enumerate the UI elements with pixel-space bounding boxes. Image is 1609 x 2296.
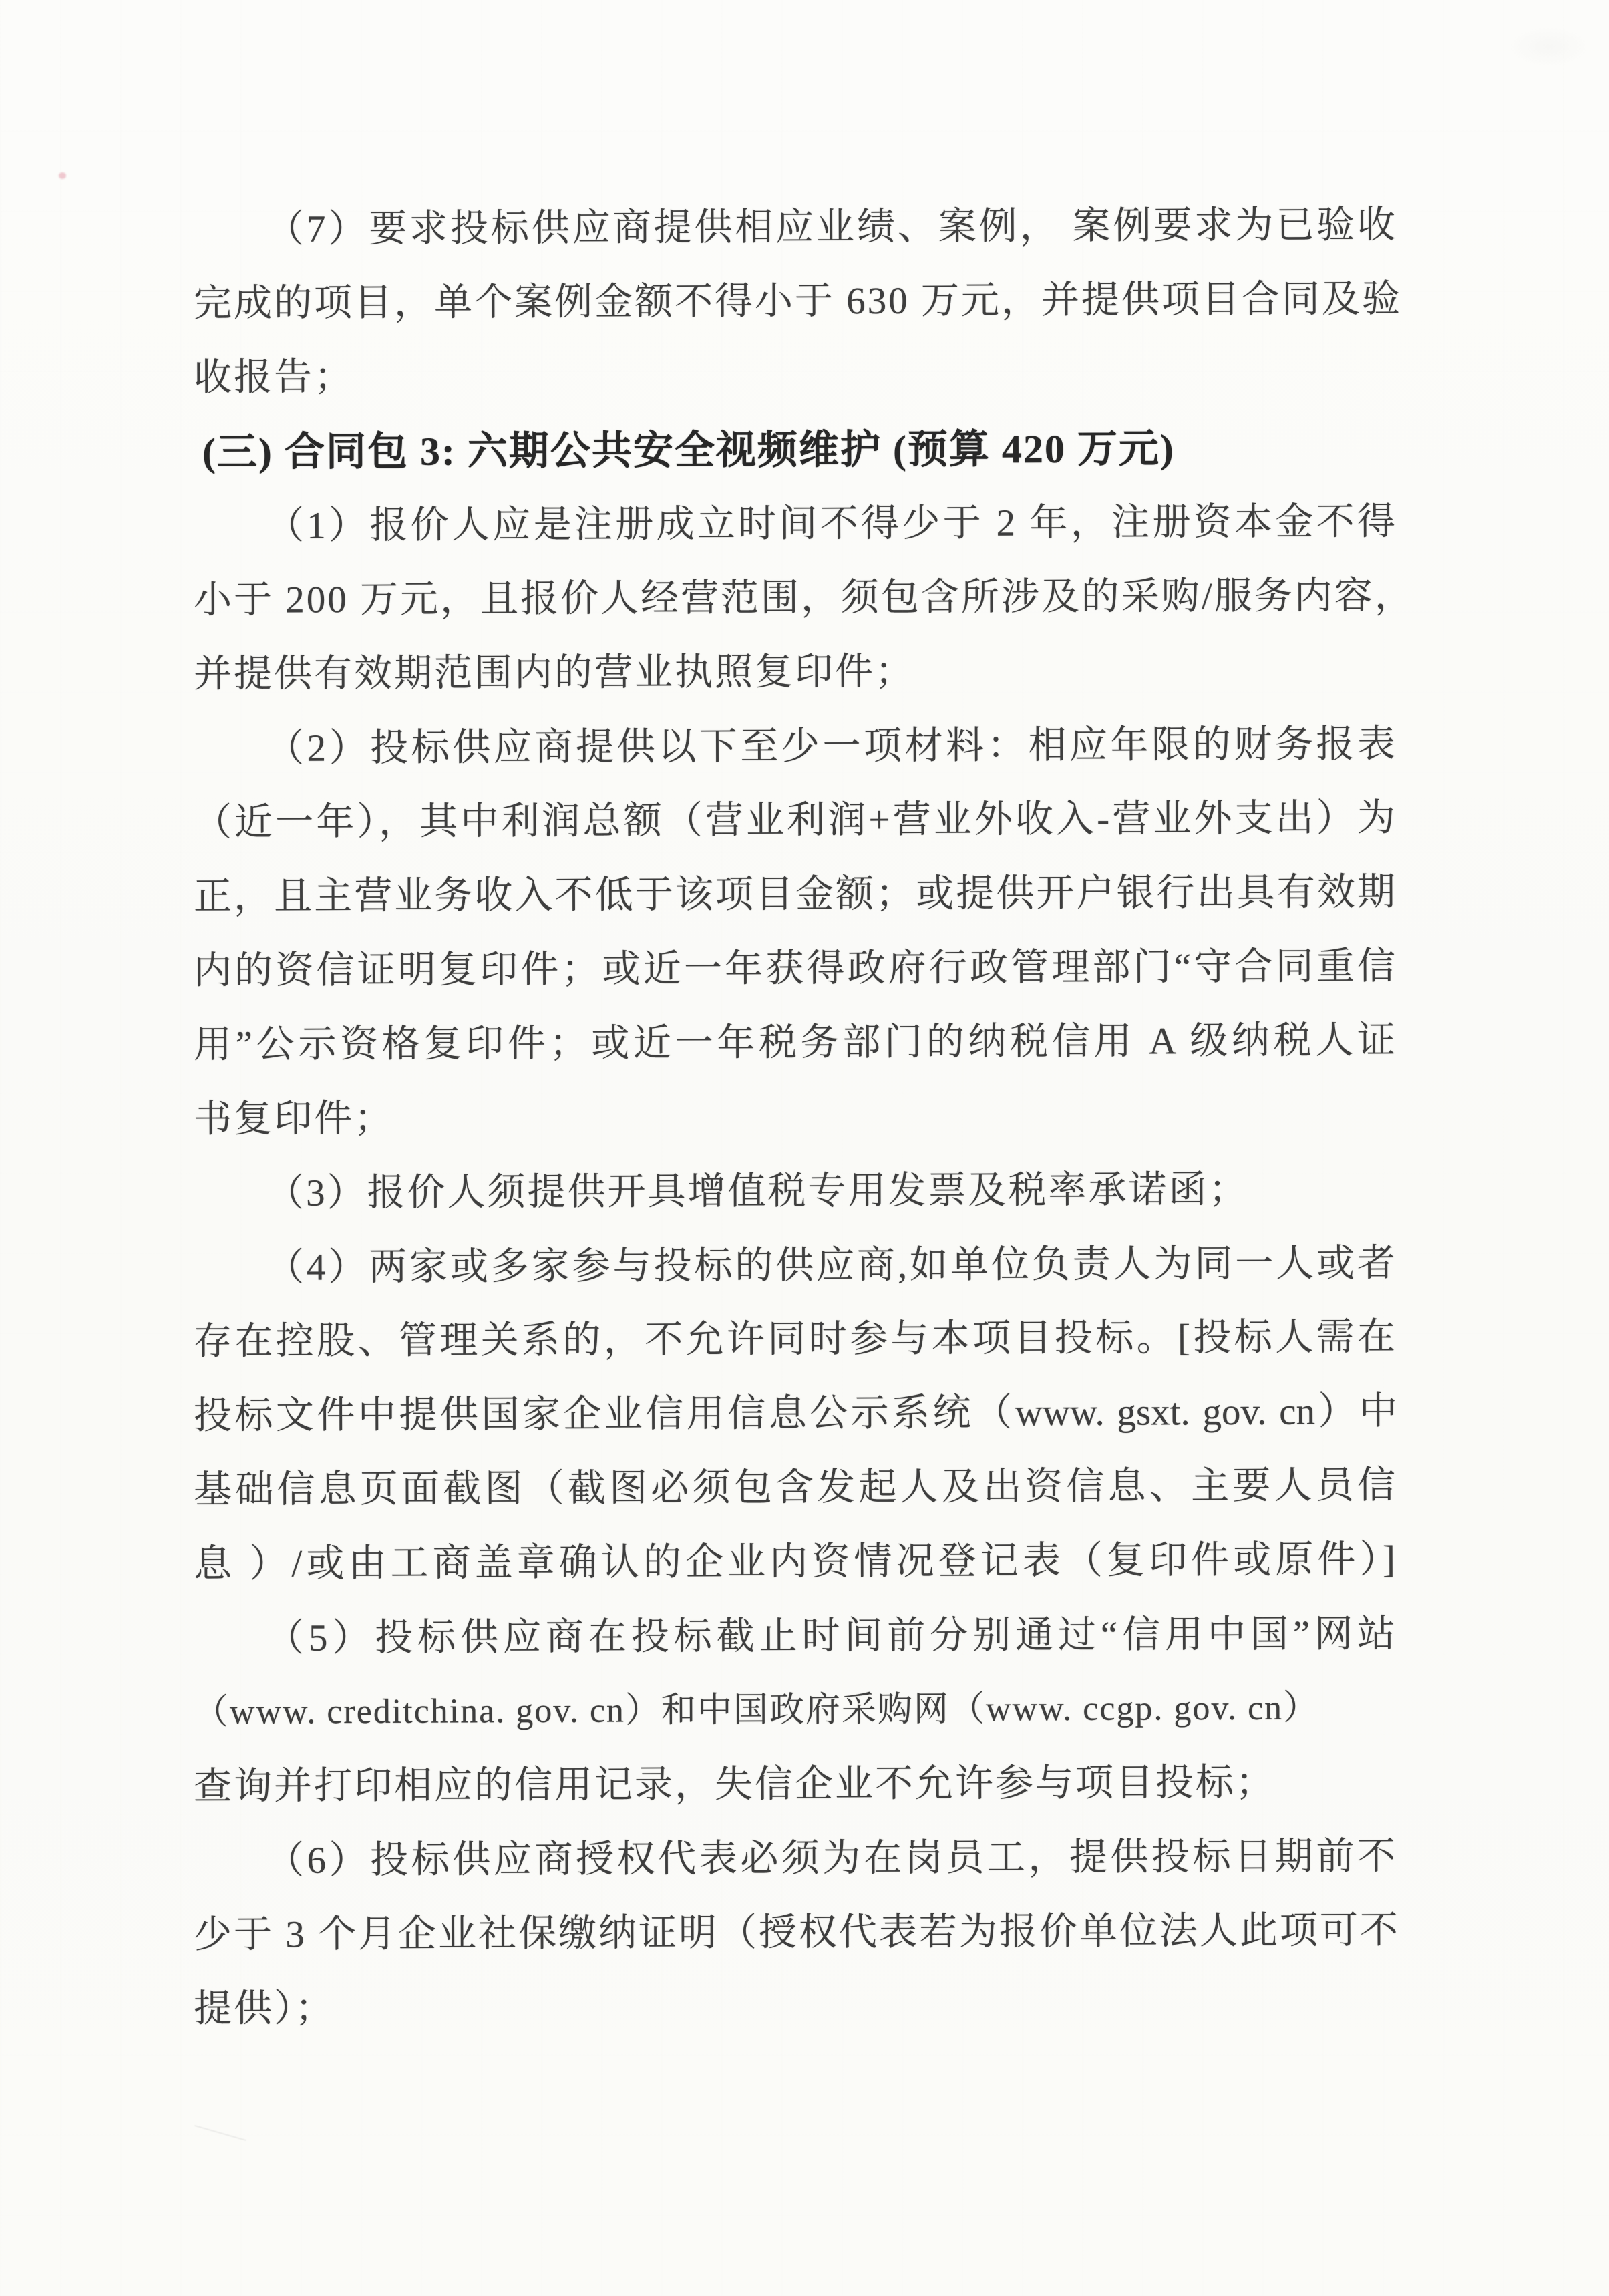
- doc-line-url-gsxt: 投标文件中提供国家企业信用信息公示系统（www. gsxt. gov. cn）中: [194, 1390, 1397, 1438]
- doc-line: （近一年），其中利润总额（营业利润+营业外收入-营业外支出）为: [194, 797, 1397, 844]
- doc-line: 少于 3 个月企业社保缴纳证明（授权代表若为报价单位法人此项可不: [194, 1909, 1397, 1957]
- doc-line: 查询并打印相应的信用记录，失信企业不允许参与项目投标；: [194, 1761, 1397, 1808]
- doc-line: 书复印件；: [194, 1094, 1397, 1141]
- doc-line: 存在控股、管理关系的，不允许同时参与本项目投标。[投标人需在: [194, 1316, 1397, 1363]
- doc-line-item2: （2）投标供应商提供以下至少一项材料：相应年限的财务报表: [266, 723, 1397, 770]
- doc-line-urls: （www. creditchina. gov. cn）和中国政府采购网（www.…: [194, 1687, 1397, 1734]
- doc-line: 收报告；: [194, 352, 1397, 399]
- scan-artifact-smudge: [1509, 27, 1589, 67]
- doc-line-item4: （4）两家或多家参与投标的供应商,如单位负责人为同一人或者: [266, 1242, 1397, 1289]
- doc-line: 小于 200 万元，且报价人经营范围，须包含所涉及的采购/服务内容，: [194, 575, 1397, 622]
- section-header: (三) 合同包 3: 六期公共安全视频维护 (预算 420 万元): [202, 426, 1371, 474]
- doc-line: 息 ）/或由工商盖章确认的企业内资情况登记表（复印件或原件）]: [194, 1538, 1397, 1586]
- doc-line: 用”公示资格复印件；或近一年税务部门的纳税信用 A 级纳税人证: [194, 1019, 1397, 1067]
- doc-line: 完成的项目，单个案例金额不得小于 630 万元，并提供项目合同及验: [194, 278, 1397, 325]
- doc-line: 正，且主营业务收入不低于该项目金额；或提供开户银行出具有效期: [194, 871, 1397, 919]
- document-page: （7）要求投标供应商提供相应业绩、案例， 案例要求为已验收 完成的项目，单个案例…: [0, 0, 1609, 2296]
- doc-line-item1: （1）报价人应是注册成立时间不得少于 2 年，注册资本金不得: [266, 500, 1397, 548]
- doc-line: 提供）；: [194, 1983, 1397, 2031]
- doc-line-item7: （7）要求投标供应商提供相应业绩、案例， 案例要求为已验收: [266, 204, 1397, 251]
- doc-line: 基础信息页面截图（截图必须包含发起人及出资信息、主要人员信: [194, 1464, 1397, 1512]
- doc-line-item6: （6）投标供应商授权代表必须为在岗员工，提供投标日期前不: [266, 1835, 1397, 1882]
- doc-line-item5: （5）投标供应商在投标截止时间前分别通过“信用中国”网站: [266, 1613, 1397, 1660]
- doc-line: 并提供有效期范围内的营业执照复印件；: [194, 649, 1397, 696]
- doc-line: 内的资信证明复印件；或近一年获得政府行政管理部门“守合同重信: [194, 945, 1397, 993]
- scan-artifact-pink-speck: [59, 172, 66, 179]
- scan-artifact-crease: [194, 2125, 246, 2141]
- doc-line-item3: （3）报价人须提供开具增值税专用发票及税率承诺函；: [266, 1168, 1397, 1215]
